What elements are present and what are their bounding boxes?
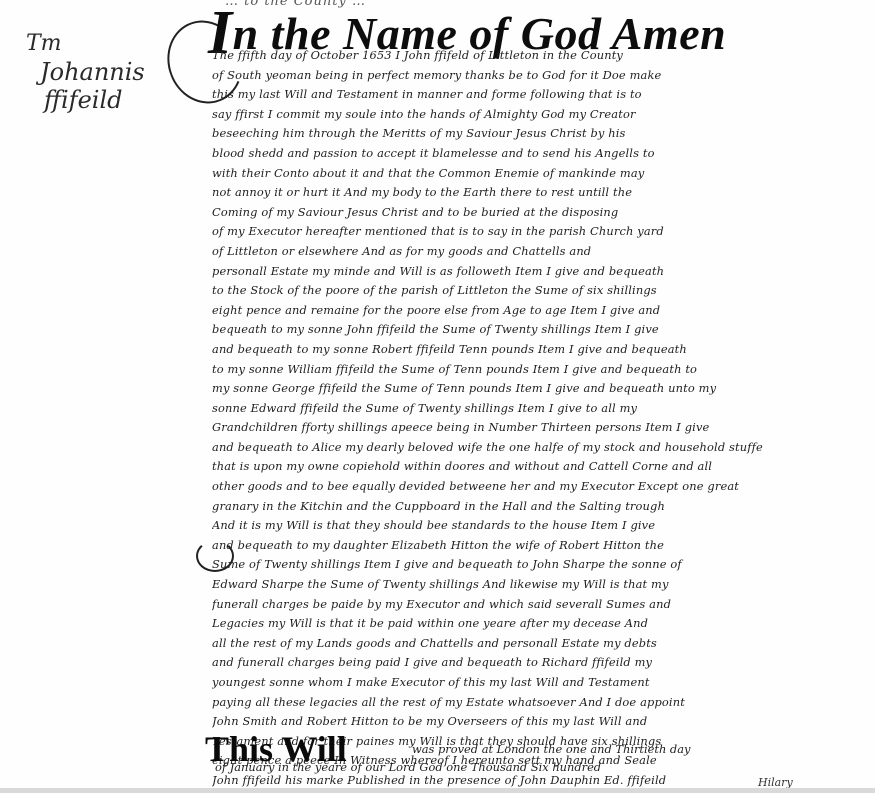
- text-line: eight pence and remaine for the poore el…: [212, 301, 832, 321]
- text-line: to the Stock of the poore of the parish …: [212, 281, 832, 301]
- text-line: paying all these legacies all the rest o…: [212, 693, 832, 713]
- text-line: The ffifth day of October 1653 I John ff…: [212, 46, 832, 66]
- text-line: Grandchildren fforty shillings apeece be…: [212, 418, 832, 438]
- margin-note-line-2: Johannis: [22, 58, 172, 86]
- probate-text-line-1: was proved at London the one and Thirtie…: [412, 742, 690, 756]
- text-line: this my last Will and Testament in manne…: [212, 85, 832, 105]
- text-line: that is upon my owne copiehold within do…: [212, 457, 832, 477]
- will-body-text: The ffifth day of October 1653 I John ff…: [212, 46, 832, 791]
- text-line: Legacies my Will is that it be paid with…: [212, 614, 832, 634]
- text-line: sonne Edward ffifeild the Sume of Twenty…: [212, 399, 832, 419]
- text-line: my sonne George ffifeild the Sume of Ten…: [212, 379, 832, 399]
- text-line: all the rest of my Lands goods and Chatt…: [212, 634, 832, 654]
- text-line: and bequeath to my sonne Robert ffifeild…: [212, 340, 832, 360]
- text-line: of Littleton or elsewhere And as for my …: [212, 242, 832, 262]
- text-line: with their Conto about it and that the C…: [212, 164, 832, 184]
- margin-note-line-3: ffifeild: [22, 86, 172, 114]
- text-line: other goods and to bee equally devided b…: [212, 477, 832, 497]
- text-line: of South yeoman being in perfect memory …: [212, 66, 832, 86]
- text-line: and bequeath to Alice my dearly beloved …: [212, 438, 832, 458]
- margin-note: Tm Johannis ffifeild: [22, 30, 172, 114]
- grandchildren-flourish-decoration: [196, 540, 234, 572]
- probate-text-line-2: of January in the yeare of our Lord God …: [215, 760, 601, 774]
- text-line: to my sonne William ffifeild the Sume of…: [212, 360, 832, 380]
- text-line: funerall charges be paide by my Executor…: [212, 595, 832, 615]
- text-line: Coming of my Saviour Jesus Christ and to…: [212, 203, 832, 223]
- text-line: And it is my Will is that they should be…: [212, 516, 832, 536]
- manuscript-page: … to the County … Tm Johannis ffifeild I…: [0, 0, 875, 788]
- text-line: and bequeath to my daughter Elizabeth Hi…: [212, 536, 832, 556]
- text-line: bequeath to my sonne John ffifeild the S…: [212, 320, 832, 340]
- text-line: Sume of Twenty shillings Item I give and…: [212, 555, 832, 575]
- text-line: of my Executor hereafter mentioned that …: [212, 222, 832, 242]
- text-line: youngest sonne whom I make Executor of t…: [212, 673, 832, 693]
- bottom-border-bar: [0, 788, 875, 793]
- text-line: personall Estate my minde and Will is as…: [212, 262, 832, 282]
- margin-note-line-1: Tm: [22, 30, 172, 58]
- text-line: blood shedd and passion to accept it bla…: [212, 144, 832, 164]
- text-line: Edward Sharpe the Sume of Twenty shillin…: [212, 575, 832, 595]
- text-line: granary in the Kitchin and the Cuppboard…: [212, 497, 832, 517]
- text-line: beseeching him through the Meritts of my…: [212, 124, 832, 144]
- text-line: and funerall charges being paid I give a…: [212, 653, 832, 673]
- text-line: not annoy it or hurt it And my body to t…: [212, 183, 832, 203]
- text-line: say ffirst I commit my soule into the ha…: [212, 105, 832, 125]
